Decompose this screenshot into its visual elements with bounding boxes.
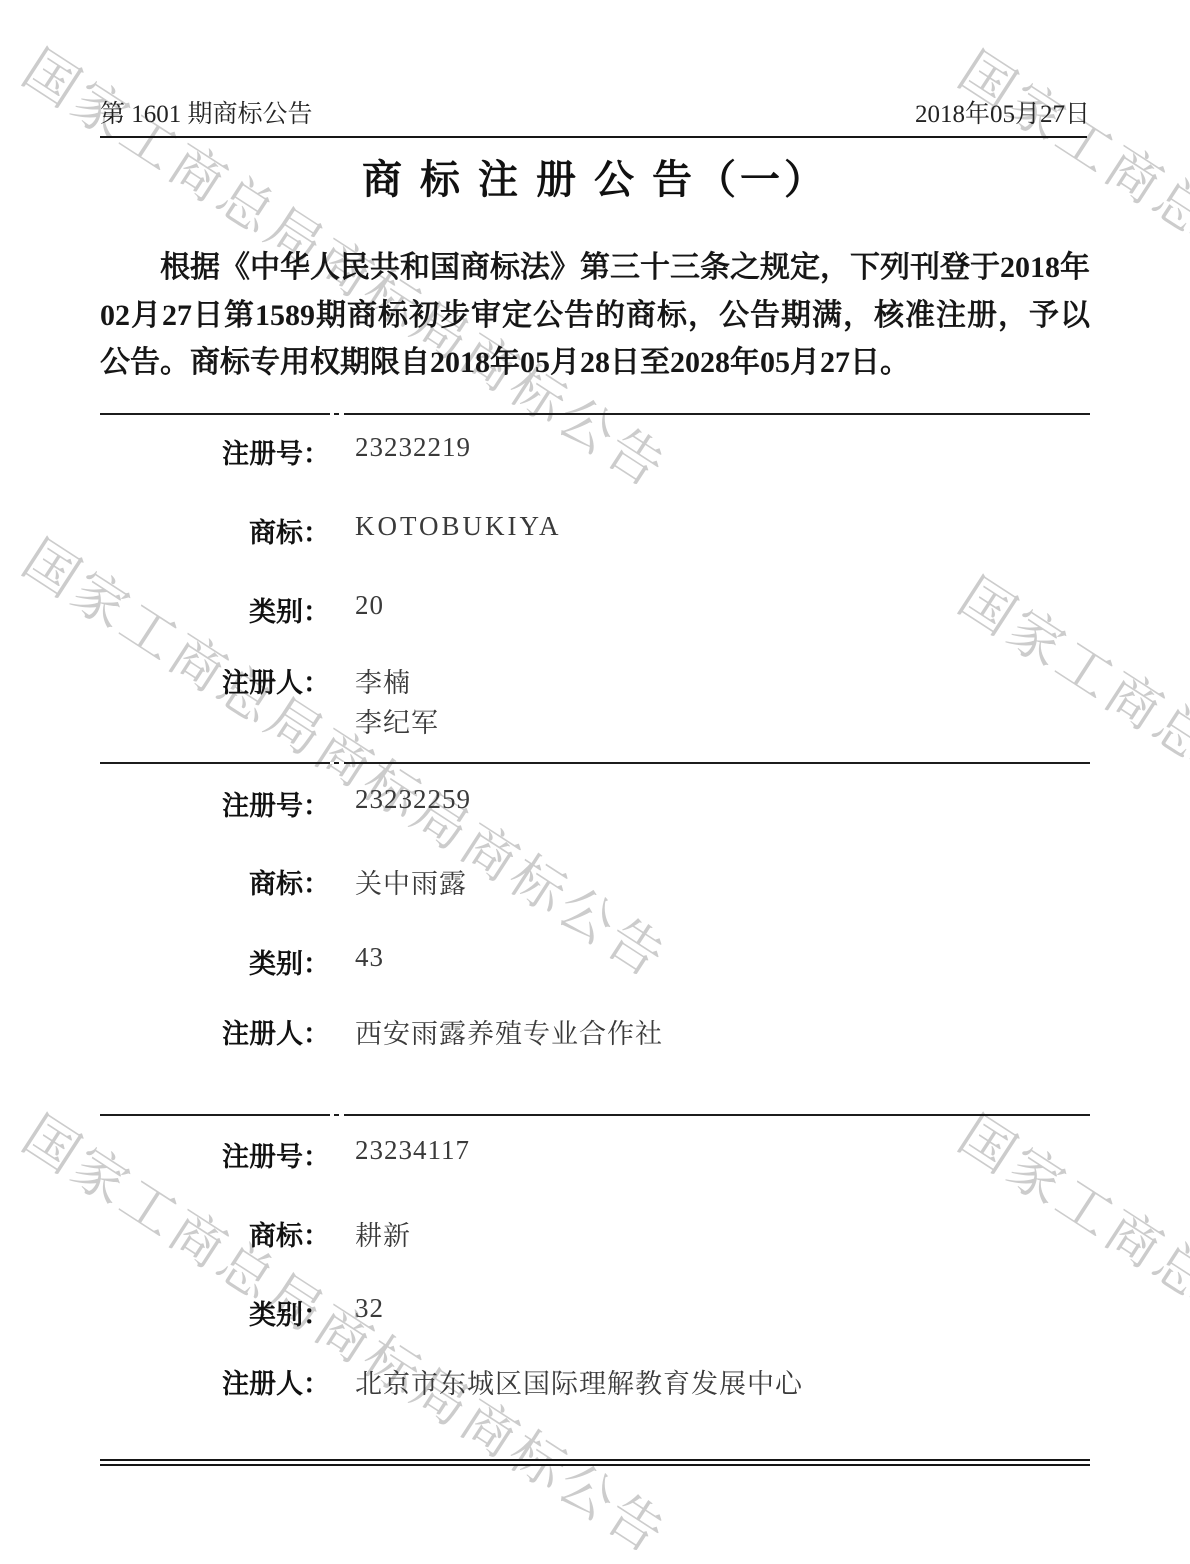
entry-divider [100,762,1090,764]
class-label: 类别： [100,1293,330,1332]
class-label: 类别： [100,590,330,629]
header-issue-number: 第 1601 期商标公告 [100,94,313,130]
reg-no-label: 注册号： [100,432,330,471]
entry-divider [100,1114,1090,1116]
class-value: 32 [355,1293,995,1324]
reg-no-label: 注册号： [100,784,330,823]
reg-no-label: 注册号： [100,1135,330,1174]
divider-dash [334,1114,339,1116]
intro-line-3: 公告。商标专用权期限自2018年05月28日至2028年05月27日。 [100,337,1090,381]
page-title: 商 标 注 册 公 告（一） [0,148,1190,205]
bottom-rule [100,1459,1090,1466]
registrant-value: 李纪军 [355,701,995,740]
entry-divider [100,413,1090,415]
registrant-label: 注册人： [100,1362,330,1401]
reg-no-value: 23234117 [355,1135,995,1166]
header-rule [100,136,1087,138]
reg-no-value: 23232259 [355,784,995,815]
mark-value: KOTOBUKIYA [355,511,995,542]
class-label: 类别： [100,942,330,981]
mark-value: 关中雨露 [355,862,995,901]
page-content: 第 1601 期商标公告 2018年05月27日 商 标 注 册 公 告（一） … [0,0,1190,1564]
mark-label: 商标： [100,1214,330,1253]
header-date: 2018年05月27日 [915,94,1090,130]
mark-label: 商标： [100,862,330,901]
reg-no-value: 23232219 [355,432,995,463]
divider-dash [334,762,339,764]
registrant-label: 注册人： [100,1012,330,1051]
class-value: 43 [355,942,995,973]
registrant-value: 西安雨露养殖专业合作社 [355,1012,995,1051]
class-value: 20 [355,590,995,621]
divider-dash [334,413,339,415]
intro-line-1: 根据《中华人民共和国商标法》第三十三条之规定，下列刊登于2018年 [100,242,1090,286]
registrant-value: 北京市东城区国际理解教育发展中心 [355,1362,995,1401]
gazette-page: 国家工商总局商标局商标公告 国家工商总局商标局商标公告 国家工商总局商标局商标公… [0,0,1190,1564]
mark-label: 商标： [100,511,330,550]
intro-line-2: 02月27日第1589期商标初步审定公告的商标，公告期满，核准注册，予以 [100,290,1090,334]
registrant-label: 注册人： [100,661,330,700]
registrant-value: 李楠 [355,661,995,700]
mark-value: 耕新 [355,1214,995,1253]
